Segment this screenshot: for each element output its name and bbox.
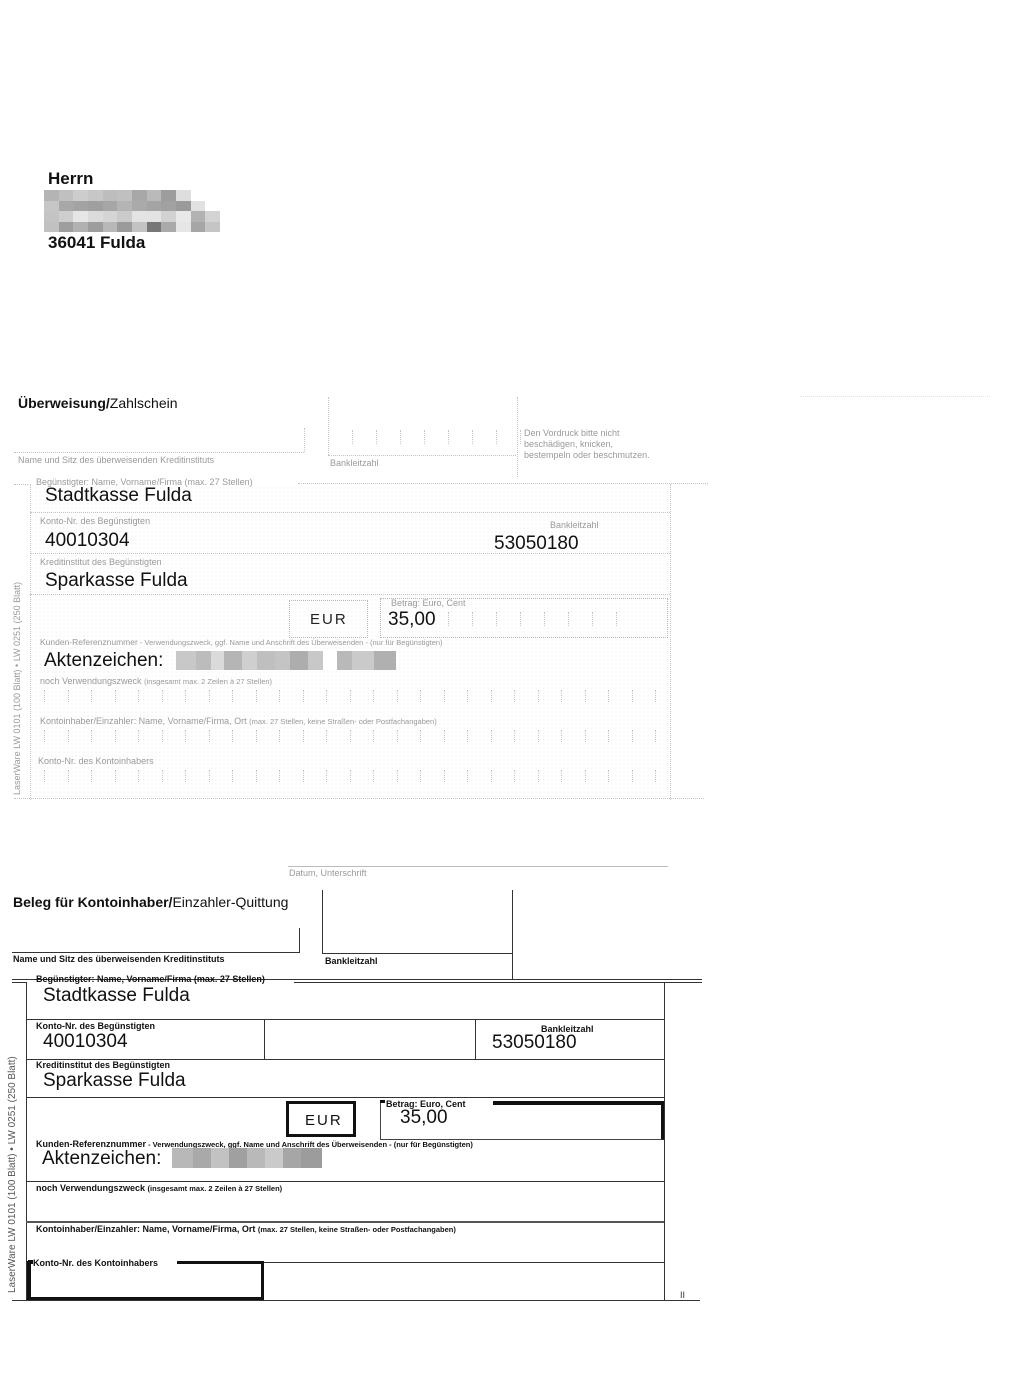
- receipt-left-edge: [26, 982, 27, 1300]
- amount-value[interactable]: 35,00: [388, 609, 436, 631]
- reference-label-rest: - Verwendungszweck, ggf. Name und Anschr…: [138, 638, 443, 647]
- receipt-bank-code-box-bottom: [322, 953, 512, 954]
- reference-prefix: Aktenzeichen:: [44, 650, 163, 672]
- receipt-reference-prefix: Aktenzeichen:: [42, 1148, 161, 1170]
- amount-box-corner: [380, 1100, 385, 1103]
- receipt-purpose2-text: noch Verwendungszweck: [36, 1183, 145, 1193]
- amount-box-top-bar: [493, 1101, 664, 1105]
- title-bold-part: Überweisung/: [18, 395, 110, 411]
- row-divider: [30, 553, 670, 554]
- reference-label-bold: Kunden-Referenznummer: [40, 637, 138, 647]
- receipt-holder-note: (max. 27 Stellen, keine Straßen- oder Po…: [258, 1225, 456, 1234]
- receipt-bank-name-corner: [299, 928, 300, 953]
- receipt-bank-code-box-right: [512, 890, 513, 980]
- side-imprint-bottom: LaserWare LW 0101 (100 Blatt) • LW 0251 …: [7, 1056, 18, 1293]
- row-divider: [30, 594, 670, 595]
- holder-account-top-bar: [177, 1261, 264, 1264]
- receipt-bank-code-value[interactable]: 53050180: [492, 1032, 577, 1054]
- receipt-account-value[interactable]: 40010304: [43, 1031, 128, 1053]
- bank-code-box-right: [517, 397, 518, 477]
- receipt-right-edge: [664, 983, 665, 1301]
- receipt-institute-label: Kreditinstitut des Begünstigten: [36, 1060, 170, 1070]
- receipt-bottom-line: [12, 1300, 700, 1301]
- form-right-edge: [670, 484, 671, 800]
- receipt-bank-name-line: [12, 952, 299, 953]
- beneficiary-lead-line: [14, 484, 28, 485]
- bank-code-value[interactable]: 53050180: [494, 533, 579, 555]
- institute-label: Kreditinstitut des Begünstigten: [40, 557, 162, 567]
- notice-line-2: beschädigen, knicken,: [524, 439, 650, 450]
- beneficiary-top-line: [298, 483, 708, 484]
- signature-line: [288, 866, 668, 867]
- receipt-title-rest: Einzahler-Quittung: [172, 894, 288, 910]
- bank-name-label: Name und Sitz des überweisenden Kreditin…: [18, 455, 214, 465]
- beneficiary-value[interactable]: Stadtkasse Fulda: [45, 485, 192, 507]
- bank-name-corner: [304, 428, 305, 452]
- receipt-beneficiary-label: Begünstigter: Name, Vorname/Firma (max. …: [36, 974, 265, 984]
- receipt-holder-label: Kontoinhaber/Einzahler: Name, Vorname/Fi…: [36, 1224, 456, 1234]
- row-divider: [30, 512, 670, 513]
- form-bottom-line: [14, 798, 704, 799]
- institute-value[interactable]: Sparkasse Fulda: [45, 570, 188, 592]
- account-label: Konto-Nr. des Begünstigten: [40, 516, 150, 526]
- notice-line-3: bestempeln oder beschmutzen.: [524, 450, 650, 461]
- receipt-beneficiary-value[interactable]: Stadtkasse Fulda: [43, 985, 190, 1007]
- holder-label-text: Kontoinhaber/Einzahler: Name, Vorname/Fi…: [40, 716, 247, 726]
- purpose2-label-text: noch Verwendungszweck: [40, 676, 142, 686]
- row-divider: [26, 1221, 664, 1223]
- amount-label: Betrag: Euro, Cent: [391, 598, 466, 608]
- address-city: 36041 Fulda: [48, 233, 145, 253]
- holder-label: Kontoinhaber/Einzahler: Name, Vorname/Fi…: [40, 716, 437, 726]
- handling-notice: Den Vordruck bitte nicht beschädigen, kn…: [524, 428, 650, 461]
- bank-code-label: Bankleitzahl: [330, 458, 379, 468]
- purpose2-label: noch Verwendungszweck (insgesamt max. 2 …: [40, 676, 272, 686]
- margin-mark: [800, 396, 990, 397]
- purpose2-note: (insgesamt max. 2 Zeilen à 27 Stellen): [144, 677, 272, 686]
- notice-line-1: Den Vordruck bitte nicht: [524, 428, 650, 439]
- receipt-redacted-reference: [172, 1148, 322, 1168]
- corner-mark: II: [680, 1290, 685, 1300]
- row-divider: [26, 1097, 664, 1098]
- receipt-currency-value: EUR: [305, 1112, 343, 1129]
- reference-label: Kunden-Referenznummer - Verwendungszweck…: [40, 637, 443, 647]
- column-divider: [264, 1019, 265, 1059]
- row-divider: [26, 1181, 664, 1182]
- row-divider: [26, 1019, 664, 1020]
- beneficiary-top-line: [294, 982, 702, 983]
- receipt-account-label: Konto-Nr. des Begünstigten: [36, 1021, 155, 1031]
- side-imprint-top: LaserWare LW 0101 (100 Blatt) • LW 0251 …: [12, 582, 22, 795]
- receipt-purpose2-label: noch Verwendungszweck (insgesamt max. 2 …: [36, 1183, 282, 1193]
- title-rest-part: Zahlschein: [110, 395, 178, 411]
- receipt-amount-value[interactable]: 35,00: [400, 1107, 448, 1129]
- receipt-purpose2-note: (insgesamt max. 2 Zeilen à 27 Stellen): [148, 1184, 283, 1193]
- receipt-bank-code-box-left: [322, 890, 323, 954]
- form-left-edge: [30, 484, 31, 800]
- receipt-title-bold: Beleg für Kontoinhaber/: [13, 894, 172, 910]
- bank-name-line: [14, 452, 304, 453]
- receipt-institute-value[interactable]: Sparkasse Fulda: [43, 1070, 186, 1092]
- redacted-reference: [176, 651, 396, 670]
- bank-code-label-2: Bankleitzahl: [550, 520, 599, 530]
- holder-account-label: Konto-Nr. des Kontoinhabers: [38, 756, 154, 766]
- holder-note: (max. 27 Stellen, keine Straßen- oder Po…: [249, 717, 437, 726]
- receipt-form-title: Beleg für Kontoinhaber/Einzahler-Quittun…: [13, 894, 288, 910]
- account-value[interactable]: 40010304: [45, 530, 130, 552]
- receipt-bank-code-label: Bankleitzahl: [325, 956, 378, 966]
- redacted-name-street: [44, 190, 220, 232]
- row-divider: [264, 1262, 664, 1263]
- receipt-holder-text: Kontoinhaber/Einzahler: Name, Vorname/Fi…: [36, 1224, 255, 1234]
- address-salutation: Herrn: [48, 169, 93, 189]
- column-divider: [475, 1019, 476, 1059]
- currency-value: EUR: [310, 611, 348, 628]
- signature-label: Datum, Unterschrift: [289, 868, 367, 878]
- bank-code-box-left: [328, 397, 329, 455]
- receipt-bank-name-label: Name und Sitz des überweisenden Kreditin…: [13, 954, 225, 964]
- bank-code-box-bottom: [328, 455, 516, 456]
- beneficiary-lead-line: [12, 982, 26, 983]
- receipt-holder-account-label: Konto-Nr. des Kontoinhabers: [33, 1258, 158, 1268]
- transfer-form-title: Überweisung/Zahlschein: [18, 395, 178, 411]
